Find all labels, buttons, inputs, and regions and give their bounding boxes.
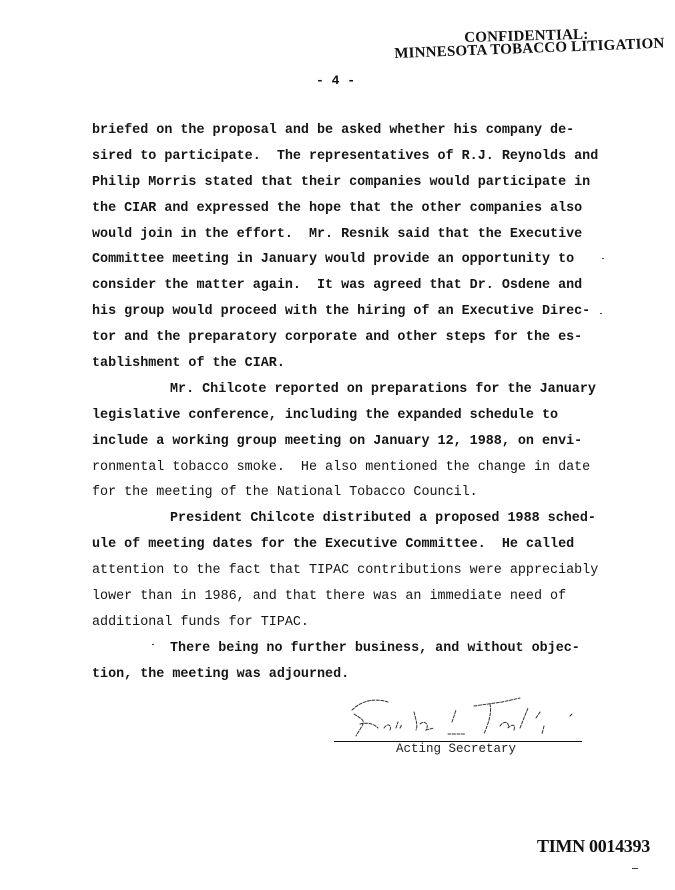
text-line: briefed on the proposal and be asked whe… — [92, 118, 592, 144]
text-line: ule of meeting dates for the Executive C… — [92, 532, 592, 558]
paragraph: There being no further business, and wit… — [92, 636, 592, 688]
bates-number: TIMN 0014393 — [537, 836, 650, 857]
text-line: include a working group meeting on Janua… — [92, 429, 592, 455]
handwritten-signature-icon — [344, 688, 580, 740]
text-line: the CIAR and expressed the hope that the… — [92, 196, 592, 222]
text-line: President Chilcote distributed a propose… — [92, 506, 592, 532]
text-line: Committee meeting in January would provi… — [92, 247, 592, 273]
scan-speck — [600, 313, 602, 314]
text-line: lower than in 1986, and that there was a… — [92, 584, 592, 610]
text-line: attention to the fact that TIPAC contrib… — [92, 558, 592, 584]
text-line: for the meeting of the National Tobacco … — [92, 480, 592, 506]
signature-title: Acting Secretary — [396, 742, 516, 756]
text-line: Mr. Chilcote reported on preparations fo… — [92, 377, 592, 403]
text-line: legislative conference, including the ex… — [92, 403, 592, 429]
text-line: additional funds for TIPAC. — [92, 610, 592, 636]
text-line: consider the matter again. It was agreed… — [92, 273, 592, 299]
text-line: tor and the preparatory corporate and ot… — [92, 325, 592, 351]
paragraph: Mr. Chilcote reported on preparations fo… — [92, 377, 592, 506]
scan-speck — [152, 644, 154, 645]
document-page: CONFIDENTIAL: MINNESOTA TOBACCO LITIGATI… — [0, 0, 675, 890]
text-line: There being no further business, and wit… — [92, 636, 592, 662]
minutes-body: briefed on the proposal and be asked whe… — [92, 118, 592, 688]
text-line: tablishment of the CIAR. — [92, 351, 592, 377]
page-number: - 4 - — [316, 73, 355, 88]
text-line: ronmental tobacco smoke. He also mention… — [92, 455, 592, 481]
signature-block: Acting Secretary — [334, 688, 582, 758]
scan-speck — [632, 868, 638, 869]
text-line: Philip Morris stated that their companie… — [92, 170, 592, 196]
text-line: would join in the effort. Mr. Resnik sai… — [92, 222, 592, 248]
text-line: his group would proceed with the hiring … — [92, 299, 592, 325]
text-line: sired to participate. The representative… — [92, 144, 592, 170]
scan-speck — [602, 258, 604, 259]
text-line: tion, the meeting was adjourned. — [92, 662, 592, 688]
paragraph: briefed on the proposal and be asked whe… — [92, 118, 592, 377]
paragraph: President Chilcote distributed a propose… — [92, 506, 592, 635]
